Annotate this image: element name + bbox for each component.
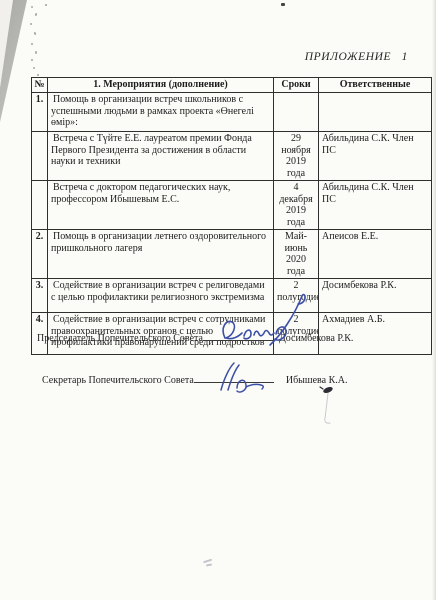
cell-responsible: Апеисов Е.Е. [319, 230, 432, 279]
appendix-label: ПРИЛОЖЕНИЕ 1 [0, 51, 408, 63]
cell-term: Май-июнь 2020 года [274, 230, 319, 279]
column-header-term: Сроки [274, 78, 319, 93]
cell-num [32, 132, 48, 181]
cell-term [274, 93, 319, 132]
cell-term: 2 полугодие [274, 279, 319, 313]
signature-line [203, 330, 275, 341]
cell-activity: Встреча с доктором педагогических наук, … [48, 181, 274, 230]
signature-name: Ибышева К.А. [286, 375, 348, 386]
signature-row-chairman: Председатель Попечительского Совета Доси… [37, 330, 353, 344]
cell-num: 3. [32, 279, 48, 313]
signature-row-secretary: Секретарь Попечительского Совета Ибышева… [42, 372, 347, 386]
cell-responsible: Абильдина С.К. Член ПС [319, 181, 432, 230]
cell-responsible [319, 93, 432, 132]
cell-term: 4 декабря 2019 года [274, 181, 319, 230]
column-header-responsible: Ответственные [319, 78, 432, 93]
cell-responsible: Досимбекова Р.К. [319, 279, 432, 313]
table-row: 3. Содействие в организации встреч с рел… [32, 279, 432, 313]
cell-activity: Содействие в организации встреч с религо… [48, 279, 274, 313]
cell-num: 2. [32, 230, 48, 279]
cell-num: 1. [32, 93, 48, 132]
ink-blot [316, 384, 344, 432]
column-header-activity: 1. Мероприятия (дополнение) [48, 78, 274, 93]
table-row: 2. Помощь в организации летнего оздорови… [32, 230, 432, 279]
paper-edge-shade [432, 0, 436, 600]
signature-name: Досимбекова Р.К. [279, 333, 353, 344]
signature-role: Председатель Попечительского Совета [37, 333, 203, 344]
cell-term: 29 ноября 2019 года [274, 132, 319, 181]
signature-role: Секретарь Попечительского Совета [42, 375, 194, 386]
cell-activity: Помощь в организации летнего оздоровител… [48, 230, 274, 279]
cell-activity: Помощь в организации встреч школьников с… [48, 93, 274, 132]
table-row: Встреча с доктором педагогических наук, … [32, 181, 432, 230]
table-row: 1. Помощь в организации встреч школьнико… [32, 93, 432, 132]
table-header-row: № 1. Мероприятия (дополнение) Сроки Отве… [32, 78, 432, 93]
column-header-num: № [32, 78, 48, 93]
cell-activity: Встреча с Түйте Е.Е. лауреатом премии Фо… [48, 132, 274, 181]
cell-num [32, 181, 48, 230]
cell-responsible: Абильдина С.К. Член ПС [319, 132, 432, 181]
table-row: Встреча с Түйте Е.Е. лауреатом премии Фо… [32, 132, 432, 181]
signature-line [194, 372, 274, 383]
activities-table: № 1. Мероприятия (дополнение) Сроки Отве… [31, 77, 432, 355]
